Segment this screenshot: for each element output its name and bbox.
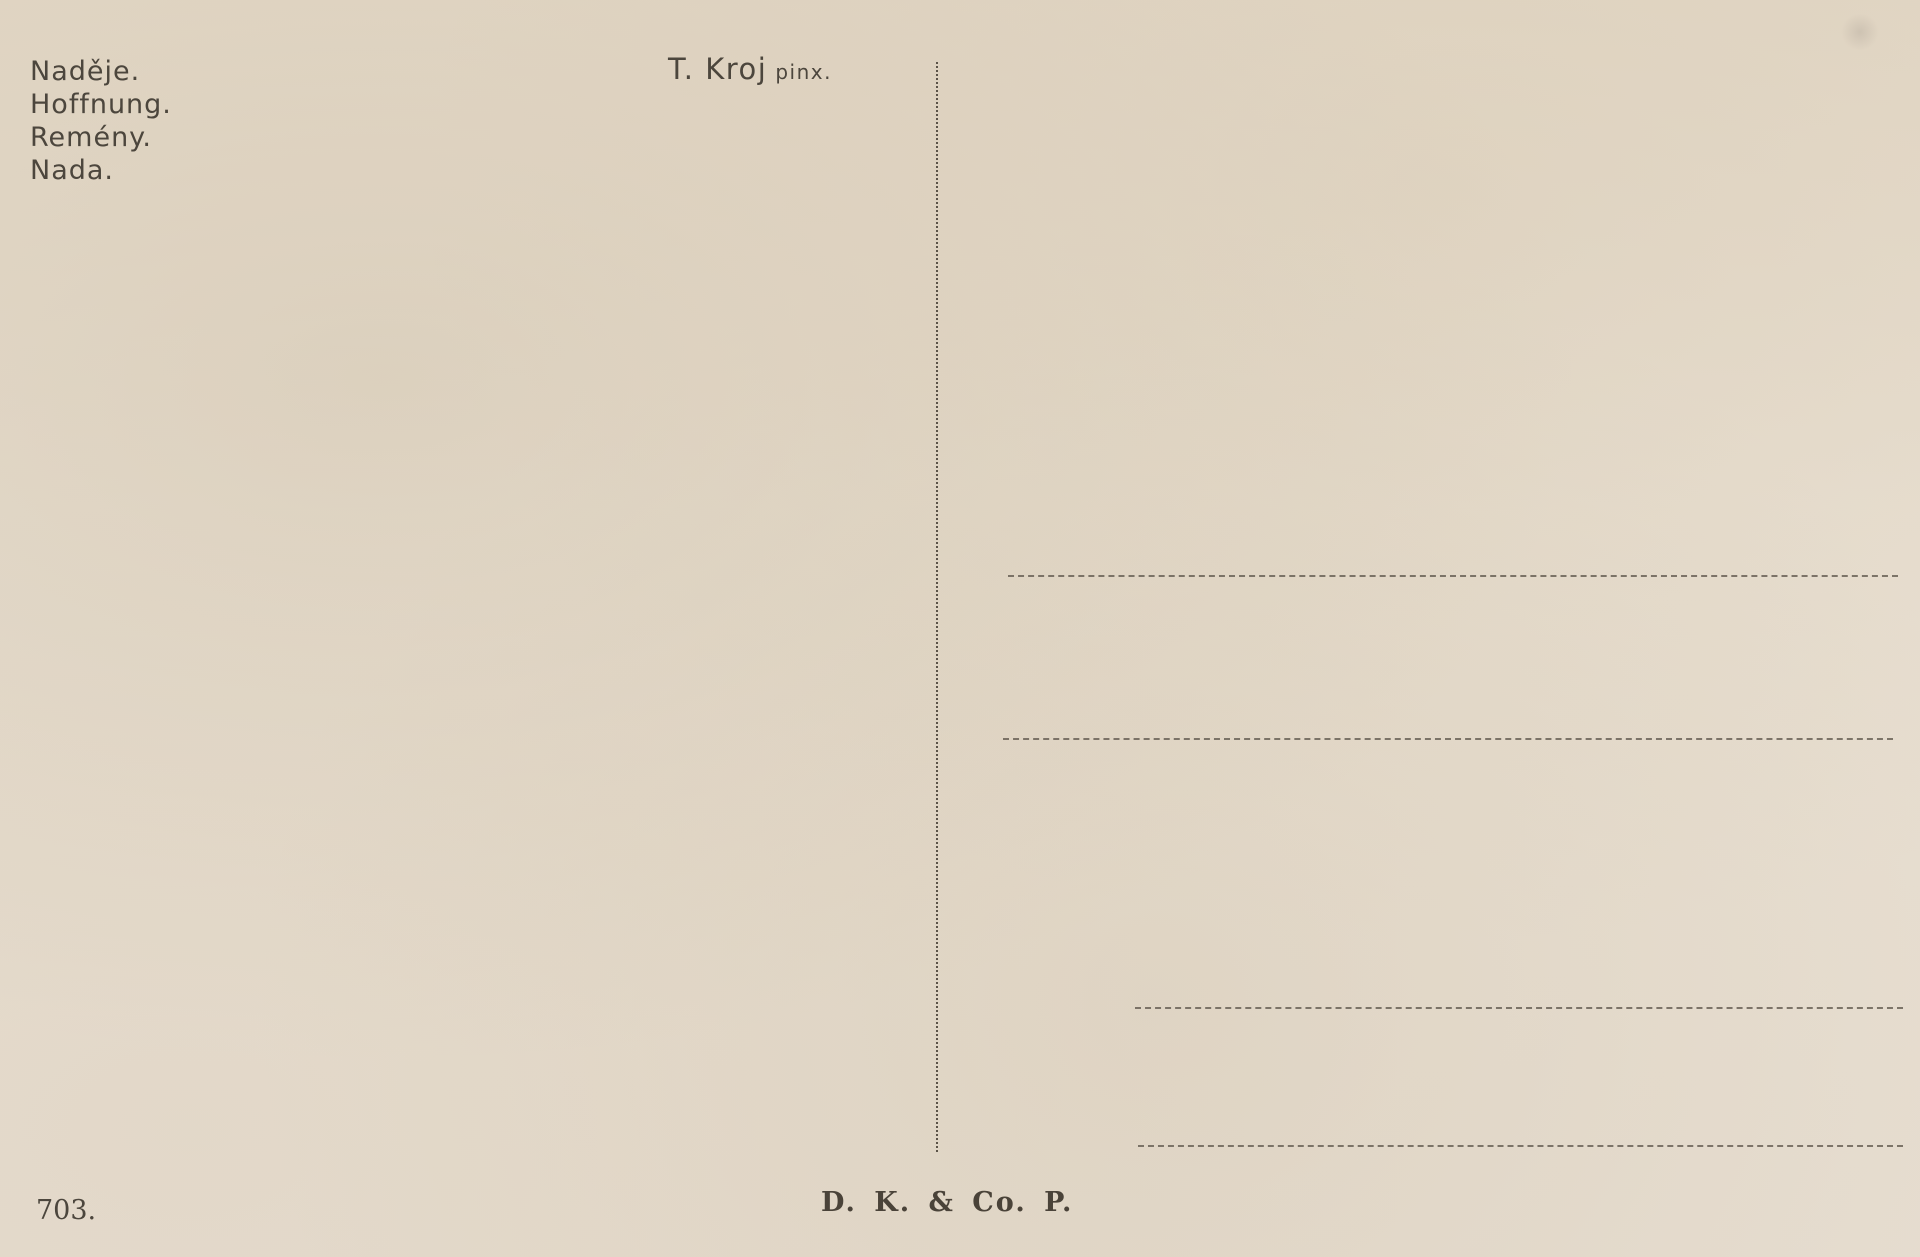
title-block: Naděje. Hoffnung. Remény. Nada. — [30, 55, 172, 187]
artist-pinx: pinx. — [775, 60, 832, 84]
publisher-imprint: D. K. & Co. P. — [821, 1187, 1073, 1218]
postcard-back: Naděje. Hoffnung. Remény. Nada. T. Krojp… — [0, 0, 1920, 1257]
address-line-3 — [1135, 1007, 1903, 1009]
paper-stain — [1840, 14, 1880, 50]
title-german: Hoffnung. — [30, 88, 172, 121]
address-line-2 — [1003, 738, 1893, 740]
address-line-1 — [1008, 575, 1898, 577]
message-address-divider — [936, 62, 938, 1152]
catalog-number: 703. — [36, 1195, 96, 1226]
artist-name: T. Kroj — [668, 52, 767, 86]
artist-credit: T. Krojpinx. — [668, 52, 832, 86]
title-czech: Naděje. — [30, 55, 172, 88]
title-slovene: Nada. — [30, 154, 172, 187]
title-hungarian: Remény. — [30, 121, 172, 154]
address-line-4 — [1138, 1145, 1903, 1147]
